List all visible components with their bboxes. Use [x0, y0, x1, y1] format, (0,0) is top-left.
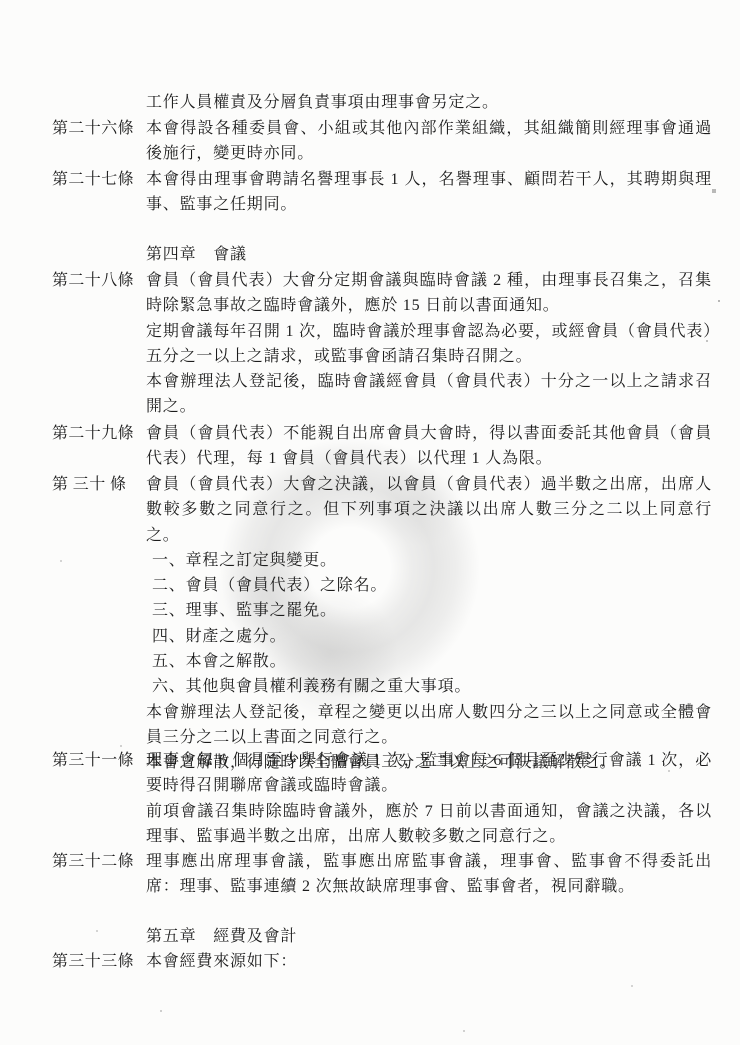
article-text: 本會得由理事會聘請名譽理事長 1 人，名譽理事、顧問若干人，其聘期與理事、監事之…: [146, 167, 712, 218]
chapter-heading-4: 第四章 會議: [146, 242, 247, 267]
scan-noise-specks: [0, 0, 2, 2]
article-text: 工作人員權責及分層負責事項由理事會另定之。: [146, 90, 712, 115]
article-label: 第三十一條: [52, 748, 146, 773]
list-item: 四、財產之處分。: [146, 624, 712, 649]
scanned-document-page: 工作人員權責及分層負責事項由理事會另定之。 第二十六條 本會得設各種委員會、小組…: [0, 0, 740, 1045]
article-text: 本會得設各種委員會、小組或其他內部作業組織，其組織簡則經理事會通過後施行，變更時…: [146, 116, 712, 167]
article-text: 本會辦理法人登記後，臨時會議經會員（會員代表）十分之一以上之請求召開之。: [146, 369, 712, 420]
list-item: 二、會員（會員代表）之除名。: [146, 573, 712, 598]
list-item: 一、章程之訂定與變更。: [146, 548, 712, 573]
article-text: 會員（會員代表）大會之決議，以會員（會員代表）過半數之出席，出席人數較多數之同意…: [146, 472, 712, 548]
article-text: 本會經費來源如下：: [146, 949, 712, 974]
article-29: 第二十九條 會員（會員代表）不能親自出席會員大會時，得以書面委託其他會員（會員代…: [52, 421, 720, 472]
article-32: 第三十二條 理事應出席理事會議，監事應出席監事會議，理事會、監事會不得委託出席：…: [52, 849, 720, 900]
article-label: 第三十三條: [52, 949, 146, 974]
article-text: 定期會議每年召開 1 次，臨時會議於理事會認為必要，或經會員（會員代表）五分之一…: [146, 319, 712, 370]
list-item: 三、理事、監事之罷免。: [146, 598, 712, 623]
article-text: 會員（會員代表）大會分定期會議與臨時會議 2 種，由理事長召集之，召集時除緊急事…: [146, 268, 712, 319]
article-text: 本會辦理法人登記後，章程之變更以出席人數四分之三以上之同意或全體會員三分之二以上…: [146, 700, 712, 751]
article-text: 前項會議召集時除臨時會議外，應於 7 日前以書面通知，會議之決議，各以理事、監事…: [146, 799, 712, 850]
chapter-heading-5: 第五章 經費及會計: [146, 924, 297, 949]
article-label: 第二十七條: [52, 167, 146, 192]
list-item: 五、本會之解散。: [146, 649, 712, 674]
article-label: 第三十二條: [52, 849, 146, 874]
list-item: 六、其他與會員權利義務有關之重大事項。: [146, 674, 712, 699]
article-label: 第 三十 條: [52, 472, 146, 497]
paragraph-continuation: 工作人員權責及分層負責事項由理事會另定之。: [52, 90, 720, 115]
article-label: 第二十九條: [52, 421, 146, 446]
article-text: 理事會每 6 個月至少舉行會議 1 次，監事會每 6 個月至少舉行會議 1 次，…: [146, 748, 712, 799]
article-27: 第二十七條 本會得由理事會聘請名譽理事長 1 人，名譽理事、顧問若干人，其聘期與…: [52, 167, 720, 218]
article-31: 第三十一條 理事會每 6 個月至少舉行會議 1 次，監事會每 6 個月至少舉行會…: [52, 748, 720, 849]
article-label: 第二十六條: [52, 116, 146, 141]
article-28: 第二十八條 會員（會員代表）大會分定期會議與臨時會議 2 種，由理事長召集之，召…: [52, 268, 720, 420]
article-label: 第二十八條: [52, 268, 146, 293]
article-30: 第 三十 條 會員（會員代表）大會之決議，以會員（會員代表）過半數之出席，出席人…: [52, 472, 720, 776]
article-26: 第二十六條 本會得設各種委員會、小組或其他內部作業組織，其組織簡則經理事會通過後…: [52, 116, 720, 167]
article-33: 第三十三條 本會經費來源如下：: [52, 949, 720, 974]
article-text: 理事應出席理事會議，監事應出席監事會議，理事會、監事會不得委託出席：理事、監事連…: [146, 849, 712, 900]
article-text: 會員（會員代表）不能親自出席會員大會時，得以書面委託其他會員（會員代表）代理，每…: [146, 421, 712, 472]
